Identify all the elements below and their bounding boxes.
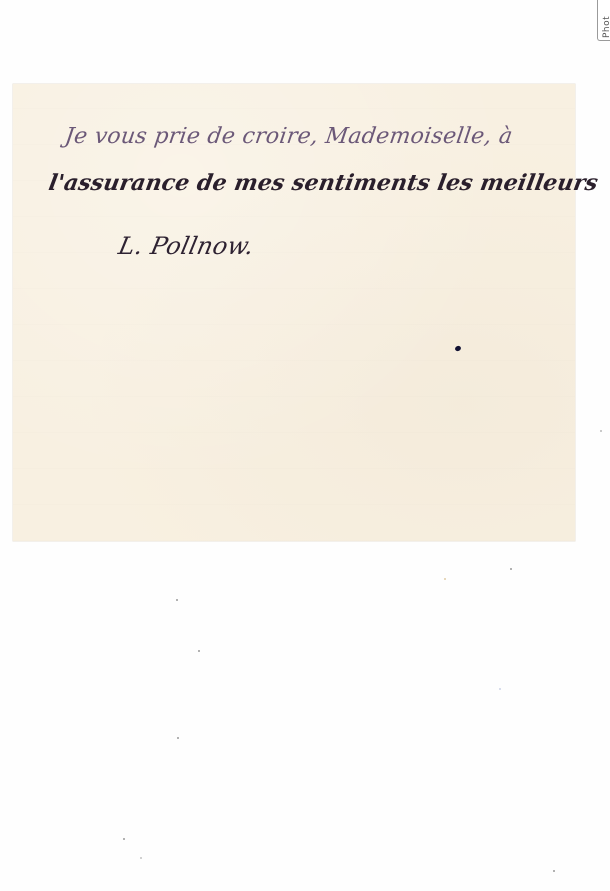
scan-speck — [600, 430, 602, 432]
handwritten-note: Je vous prie de croire, Mademoiselle, à … — [13, 84, 575, 541]
scan-speck — [177, 737, 179, 739]
corner-label-tab: Phot — [597, 0, 610, 41]
scan-speck — [140, 857, 142, 859]
scan-speck — [123, 838, 125, 840]
scan-speck — [198, 650, 200, 652]
corner-label-text: Phot — [602, 16, 610, 38]
scan-speck — [553, 870, 555, 872]
note-line-2: l'assurance de mes sentiments les meille… — [47, 170, 600, 196]
scan-speck — [510, 568, 512, 570]
scan-speck — [176, 599, 178, 601]
scan-speck — [499, 688, 501, 690]
scan-speck — [444, 578, 446, 580]
note-line-1: Je vous prie de croire, Mademoiselle, à — [63, 124, 514, 149]
scanned-page: Phot Je vous prie de croire, Mademoisell… — [0, 0, 610, 891]
signature: L. Pollnow. — [116, 232, 257, 260]
ink-spot — [454, 345, 462, 352]
